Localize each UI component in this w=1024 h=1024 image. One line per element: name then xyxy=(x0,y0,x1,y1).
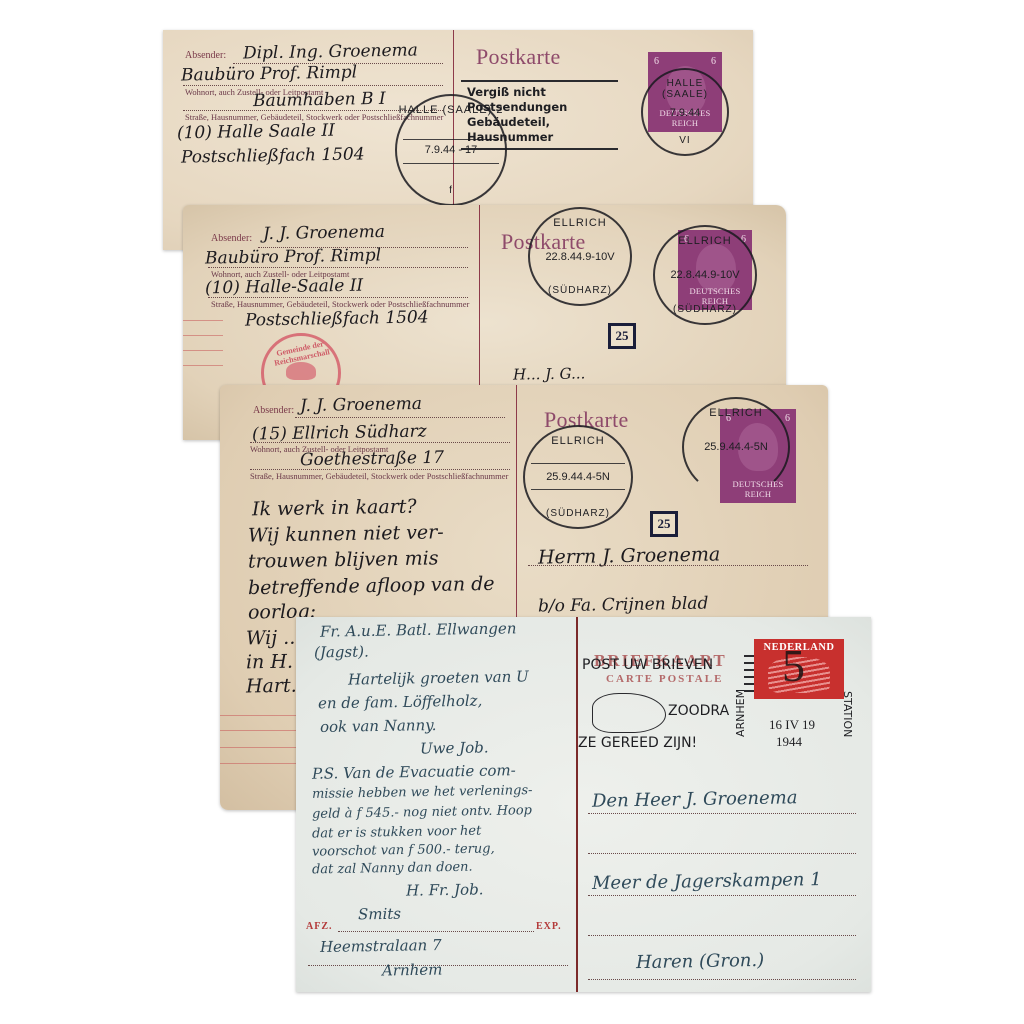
slogan-line: ZOODRA xyxy=(668,703,729,719)
message-line: Hartelijk groeten van U xyxy=(348,667,529,688)
slogan-line: ZE GEREED ZIJN! xyxy=(578,735,697,751)
sender-name: Dipl. Ing. Groenema xyxy=(243,40,418,63)
form-label-street: Straße, Hausnummer, Gebäudeteil, Stockwe… xyxy=(250,471,508,481)
sender-line: Baubüro Prof. Rimpl xyxy=(181,62,357,85)
message-line: Ik werk in kaart? xyxy=(252,496,417,521)
afz-label: AFZ. xyxy=(306,921,333,932)
sender-line: (10) Halle-Saale II xyxy=(205,276,364,299)
stamp-nederland: NEDERLAND 5 xyxy=(754,639,844,699)
message-line: trouwen blijven mis xyxy=(248,547,439,572)
sender-line: Arnhem xyxy=(382,960,443,979)
form-line xyxy=(208,297,468,298)
form-line xyxy=(295,417,505,418)
form-line xyxy=(588,935,856,936)
carte-postale-heading: CARTE POSTALE xyxy=(606,673,723,685)
message-line: dat er is stukken voor het xyxy=(312,824,482,842)
slogan-line: POST UW BRIEVEN xyxy=(582,657,713,673)
postmark-city: ARNHEM xyxy=(734,689,747,737)
form-line xyxy=(250,469,510,470)
postmark-ellrich-1: ELLRICH 22.8.44.9-10V (SÜDHARZ) xyxy=(528,207,632,306)
card-divider xyxy=(576,617,578,992)
message-line: geld à f 545.- nog niet ontv. Hoop xyxy=(312,803,532,822)
message-line: missie hebben we het verlenings- xyxy=(312,783,533,802)
postmark-ellrich-2: ELLRICH 25.9.44.4-5N xyxy=(682,397,790,497)
sender-line: Baumhaben B I xyxy=(253,89,386,111)
recipient-line: Meer de Jagerskampen 1 xyxy=(592,869,822,894)
sender-label: Absender: xyxy=(185,50,226,61)
eagle-icon xyxy=(286,362,316,380)
form-line xyxy=(588,853,856,854)
sender-line: Heemstralaan 7 xyxy=(320,936,442,956)
postmark-halle-2: HALLE (SAALE) 7.9.44 VI xyxy=(641,68,729,156)
message-line: Wij ... xyxy=(246,627,302,650)
form-line xyxy=(588,813,856,814)
postmark-ellrich-1: ELLRICH 25.9.44.4-5N (SÜDHARZ) xyxy=(523,425,633,529)
postmark-year: 1944 xyxy=(776,734,802,750)
sender-label: Absender: xyxy=(253,405,294,416)
message-line: en de fam. Löffelholz, xyxy=(318,692,483,713)
recipient-line: Den Heer J. Groenema xyxy=(592,787,798,812)
postmark-ellrich-2: ELLRICH 22.8.44.9-10V (SÜDHARZ) xyxy=(653,225,757,325)
sender-label: Absender: xyxy=(211,233,252,244)
message-line: Uwe Job. xyxy=(420,738,489,757)
postkarte-heading: Postkarte xyxy=(476,44,561,70)
sender-name: J. J. Groenema xyxy=(263,222,385,244)
sender-line: Baubüro Prof. Rimpl xyxy=(205,245,381,268)
message-line: betreffende afloop van de xyxy=(248,573,495,599)
message-line: H. Fr. Job. xyxy=(406,880,484,899)
postcard-4-briefkaart: Fr. A.u.E. Batl. Ellwangen (Jagst). Hart… xyxy=(296,617,871,992)
form-line xyxy=(208,267,468,268)
form-line xyxy=(338,931,534,932)
sender-line: Postschließfach 1504 xyxy=(181,144,365,167)
sender-line: Goethestraße 17 xyxy=(300,448,444,471)
form-line xyxy=(250,442,510,443)
recipient-line: Haren (Gron.) xyxy=(636,950,765,973)
postmark-halle-1: HALLE (SAALE) 2 7.9.44 - 17 f xyxy=(395,94,507,206)
message-line: Wij kunnen niet ver- xyxy=(248,521,444,546)
message-line: voorschot van f 500.- terug, xyxy=(312,841,495,859)
form-line xyxy=(183,85,443,86)
censor-mark-25: 25 xyxy=(650,511,678,537)
exp-label: EXP. xyxy=(536,921,562,932)
message-line: dat zal Nanny dan doen. xyxy=(312,860,473,878)
recipient-fragment: H... J. G... xyxy=(513,364,586,383)
sender-name: J. J. Groenema xyxy=(300,394,422,416)
form-line xyxy=(588,895,856,896)
message-line: ook van Nanny. xyxy=(320,716,437,736)
recipient-line: b/o Fa. Crijnen blad xyxy=(538,594,709,617)
message-line: (Jagst). xyxy=(314,643,369,662)
message-line: Fr. A.u.E. Batl. Ellwangen xyxy=(320,619,517,640)
form-line xyxy=(588,979,856,980)
censor-mark-25: 25 xyxy=(608,323,636,349)
sender-line: Smits xyxy=(358,905,401,924)
cartoon-figure-icon xyxy=(592,693,666,733)
message-line: P.S. Van de Evacuatie com- xyxy=(312,761,516,783)
form-label-street: Straße, Hausnummer, Gebäudeteil, Stockwe… xyxy=(211,299,469,309)
form-line xyxy=(528,565,808,566)
message-line: in H. xyxy=(246,651,293,674)
sender-line: Postschließfach 1504 xyxy=(245,307,429,330)
sender-line: (10) Halle Saale II xyxy=(177,121,335,144)
postmark-date: 16 IV 19 xyxy=(769,717,815,733)
